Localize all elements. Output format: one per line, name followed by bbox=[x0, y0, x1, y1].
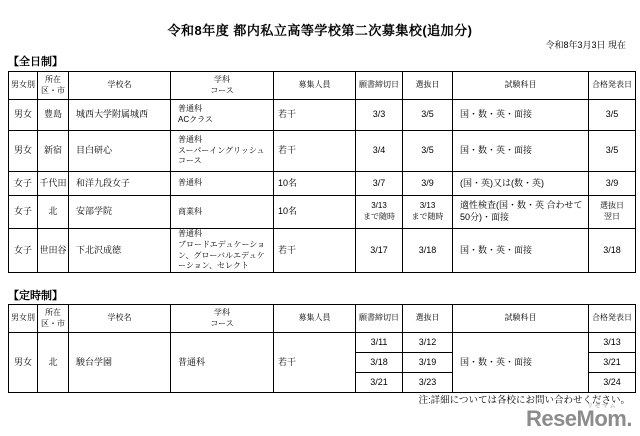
cell-deadline: 3/13 まで随時 bbox=[356, 196, 403, 229]
cell-deadline: 3/18 bbox=[356, 353, 403, 373]
cell-announce: 3/18 bbox=[589, 229, 636, 273]
col-header-capacity: 募集人員 bbox=[274, 305, 356, 333]
cell-deadline: 3/17 bbox=[356, 229, 403, 273]
cell-ward: 新宿 bbox=[38, 131, 69, 172]
cell-capacity: 若干 bbox=[274, 131, 356, 172]
cell-exam-date: 3/23 bbox=[403, 373, 453, 393]
cell-capacity: 10名 bbox=[274, 196, 356, 229]
resemom-logo: リセマム ReseMom. bbox=[522, 400, 632, 434]
col-header-application-deadline: 願書締切日 bbox=[356, 72, 403, 100]
table-row: 女子 北 安部学院 商業科 10名 3/13 まで随時 3/13 まで随時 適性… bbox=[9, 196, 636, 229]
col-header-location: 所在 区・市 bbox=[38, 72, 69, 100]
cell-course: 普通科 bbox=[171, 172, 274, 196]
col-header-result-date: 合格発表日 bbox=[589, 72, 636, 100]
cell-gender: 女子 bbox=[9, 172, 38, 196]
cell-ward: 豊島 bbox=[38, 100, 69, 131]
cell-capacity: 若干 bbox=[274, 229, 356, 273]
cell-course: 商業科 bbox=[171, 196, 274, 229]
page-title: 令和8年度 都内私立高等学校第二次募集校(追加分) bbox=[0, 20, 640, 39]
col-header-application-deadline: 願書締切日 bbox=[356, 305, 403, 333]
header-row: 男女別 所在 区・市 学校名 学科 コース 募集人員 願書締切日 選抜日 試験科… bbox=[9, 72, 636, 100]
col-header-department-course: 学科 コース bbox=[171, 72, 274, 100]
col-header-exam-subjects: 試験科目 bbox=[453, 305, 589, 333]
section-label-parttime: 【定時制】 bbox=[8, 287, 63, 303]
col-header-exam-subjects: 試験科目 bbox=[453, 72, 589, 100]
cell-course: 普通科 ブロードエデュケーション、グローバルエデュケーション、セレクト bbox=[171, 229, 274, 273]
cell-school: 目白研心 bbox=[69, 131, 171, 172]
col-header-school-name: 学校名 bbox=[69, 305, 171, 333]
cell-exam-date: 3/19 bbox=[403, 353, 453, 373]
cell-announce: 3/24 bbox=[589, 373, 636, 393]
cell-announce: 3/9 bbox=[589, 172, 636, 196]
col-header-gender: 男女別 bbox=[9, 72, 38, 100]
table-row: 男女 北 駿台学園 普通科 若干 3/11 3/12 国・数・英・面接 3/13 bbox=[9, 333, 636, 353]
parttime-table-container: 男女別 所在 区・市 学校名 学科 コース 募集人員 願書締切日 選抜日 試験科… bbox=[8, 304, 636, 393]
cell-exam-date: 3/13 まで随時 bbox=[403, 196, 453, 229]
cell-capacity: 10名 bbox=[274, 172, 356, 196]
cell-announce: 選抜日 翌日 bbox=[589, 196, 636, 229]
col-header-department-course: 学科 コース bbox=[171, 305, 274, 333]
cell-gender: 女子 bbox=[9, 196, 38, 229]
cell-school: 和洋九段女子 bbox=[69, 172, 171, 196]
cell-capacity: 若干 bbox=[274, 333, 356, 393]
resemom-logo-text: ReseMom. bbox=[526, 406, 632, 432]
parttime-table: 男女別 所在 区・市 学校名 学科 コース 募集人員 願書締切日 選抜日 試験科… bbox=[8, 304, 636, 393]
cell-exam-date: 3/5 bbox=[403, 100, 453, 131]
cell-exam-date: 3/5 bbox=[403, 131, 453, 172]
cell-gender: 女子 bbox=[9, 229, 38, 273]
cell-school: 安部学院 bbox=[69, 196, 171, 229]
cell-announce: 3/5 bbox=[589, 100, 636, 131]
cell-ward: 千代田 bbox=[38, 172, 69, 196]
cell-subjects: 適性検査(国・数・英 合わせて50分)・面接 bbox=[453, 196, 589, 229]
cell-subjects: 国・数・英・面接 bbox=[453, 131, 589, 172]
cell-course: 普通科 bbox=[171, 333, 274, 393]
cell-deadline: 3/7 bbox=[356, 172, 403, 196]
cell-course: 普通科 ACクラス bbox=[171, 100, 274, 131]
table-row: 女子 千代田 和洋九段女子 普通科 10名 3/7 3/9 (国・英)又は(数・… bbox=[9, 172, 636, 196]
document-date: 令和8年3月3日 現在 bbox=[545, 38, 626, 51]
col-header-gender: 男女別 bbox=[9, 305, 38, 333]
fulltime-table-container: 男女別 所在 区・市 学校名 学科 コース 募集人員 願書締切日 選抜日 試験科… bbox=[8, 71, 636, 273]
cell-subjects: (国・英)又は(数・英) bbox=[453, 172, 589, 196]
cell-subjects: 国・数・英・面接 bbox=[453, 100, 589, 131]
fulltime-table: 男女別 所在 区・市 学校名 学科 コース 募集人員 願書締切日 選抜日 試験科… bbox=[8, 71, 636, 273]
section-label-fulltime: 【全日制】 bbox=[8, 53, 63, 69]
cell-gender: 男女 bbox=[9, 100, 38, 131]
table-row: 女子 世田谷 下北沢成徳 普通科 ブロードエデュケーション、グローバルエデュケー… bbox=[9, 229, 636, 273]
col-header-school-name: 学校名 bbox=[69, 72, 171, 100]
col-header-result-date: 合格発表日 bbox=[589, 305, 636, 333]
cell-deadline: 3/21 bbox=[356, 373, 403, 393]
cell-announce: 3/5 bbox=[589, 131, 636, 172]
cell-capacity: 若干 bbox=[274, 100, 356, 131]
cell-gender: 男女 bbox=[9, 333, 38, 393]
table-row: 男女 新宿 目白研心 普通科 スーパーイングリッシュコース 若干 3/4 3/5… bbox=[9, 131, 636, 172]
cell-ward: 北 bbox=[38, 333, 69, 393]
col-header-selection-date: 選抜日 bbox=[403, 305, 453, 333]
header-row: 男女別 所在 区・市 学校名 学科 コース 募集人員 願書締切日 選抜日 試験科… bbox=[9, 305, 636, 333]
cell-school: 駿台学園 bbox=[69, 333, 171, 393]
cell-school: 城西大学附属城西 bbox=[69, 100, 171, 131]
cell-school: 下北沢成徳 bbox=[69, 229, 171, 273]
cell-subjects: 国・数・英・面接 bbox=[453, 333, 589, 393]
cell-announce: 3/13 bbox=[589, 333, 636, 353]
col-header-location: 所在 区・市 bbox=[38, 305, 69, 333]
col-header-selection-date: 選抜日 bbox=[403, 72, 453, 100]
table-row: 男女 豊島 城西大学附属城西 普通科 ACクラス 若干 3/3 3/5 国・数・… bbox=[9, 100, 636, 131]
cell-course: 普通科 スーパーイングリッシュコース bbox=[171, 131, 274, 172]
cell-deadline: 3/4 bbox=[356, 131, 403, 172]
cell-deadline: 3/11 bbox=[356, 333, 403, 353]
cell-ward: 北 bbox=[38, 196, 69, 229]
cell-exam-date: 3/12 bbox=[403, 333, 453, 353]
cell-announce: 3/21 bbox=[589, 353, 636, 373]
cell-ward: 世田谷 bbox=[38, 229, 69, 273]
col-header-capacity: 募集人員 bbox=[274, 72, 356, 100]
cell-deadline: 3/3 bbox=[356, 100, 403, 131]
cell-gender: 男女 bbox=[9, 131, 38, 172]
cell-exam-date: 3/9 bbox=[403, 172, 453, 196]
cell-subjects: 国・数・英・面接 bbox=[453, 229, 589, 273]
cell-exam-date: 3/18 bbox=[403, 229, 453, 273]
